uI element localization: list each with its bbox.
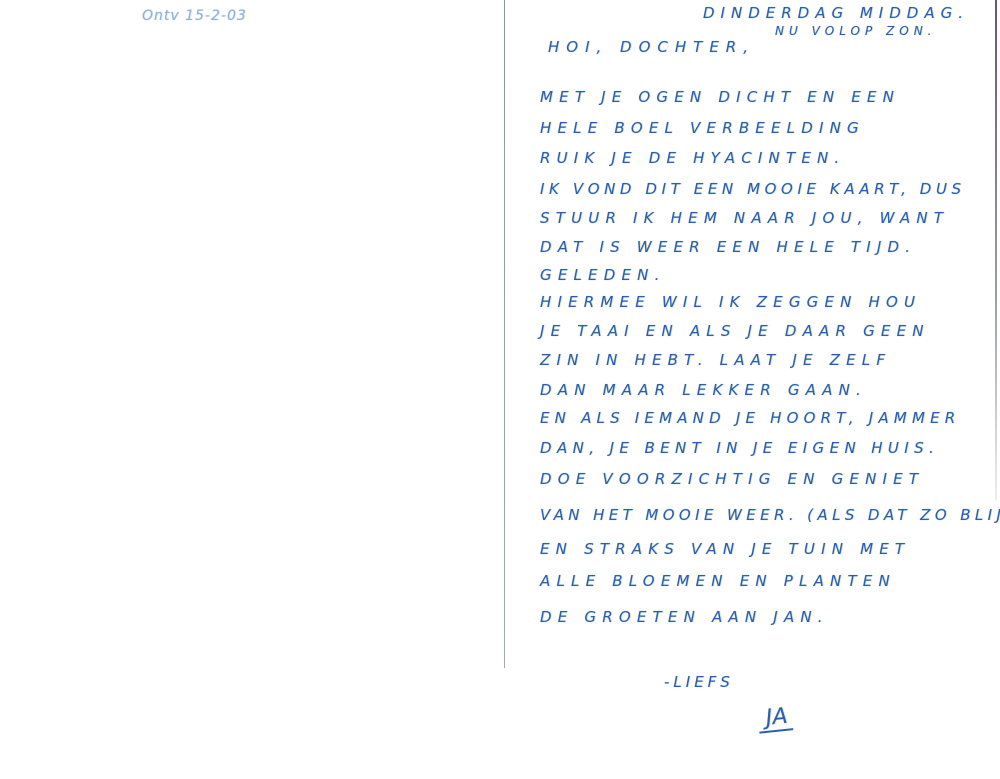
letter-line: DAN MAAR LEKKER GAAN.	[540, 381, 867, 399]
letter-line: DOE VOORZICHTIG EN GENIET	[540, 470, 924, 488]
letter-heading-day: DINDERDAG MIDDAG.	[703, 4, 969, 22]
letter-line: DAT IS WEER EEN HELE TIJD.	[540, 238, 916, 256]
received-date-note: Ontv 15-2-03	[142, 8, 247, 24]
letter-line: EN ALS IEMAND JE HOORT, JAMMER	[540, 409, 960, 427]
card-edge	[995, 0, 997, 500]
letter-line: ZIN IN HEBT. LAAT JE ZELF	[540, 351, 891, 369]
letter-line: MET JE OGEN DICHT EN EEN	[540, 88, 900, 106]
letter-line: GELEDEN.	[540, 266, 666, 284]
letter-line: DAN, JE BENT IN JE EIGEN HUIS.	[540, 439, 939, 457]
letter-line: RUIK JE DE HYACINTEN.	[540, 149, 845, 167]
letter-line: IK VOND DIT EEN MOOIE KAART, DUS	[540, 180, 966, 198]
center-fold-line	[504, 0, 505, 668]
letter-line: HELE BOEL VERBEELDING	[540, 119, 865, 137]
letter-line: DE GROETEN AAN JAN.	[540, 608, 829, 626]
letter-heading-time: NU VOLOP ZON.	[775, 24, 937, 38]
letter-line: EN STRAKS VAN JE TUIN MET	[540, 540, 910, 558]
letter-line: STUUR IK HEM NAAR JOU, WANT	[540, 209, 949, 227]
letter-line: VAN HET MOOIE WEER. (ALS DAT ZO BLIJFT	[540, 506, 1000, 524]
letter-greeting: HOI, DOCHTER,	[548, 38, 755, 56]
letter-closing: -LIEFS	[664, 673, 734, 691]
scanned-card: Ontv 15-2-03 DINDERDAG MIDDAG. NU VOLOP …	[0, 0, 1000, 779]
letter-line: ALLE BLOEMEN EN PLANTEN	[540, 572, 896, 590]
letter-line: JE TAAI EN ALS JE DAAR GEEN	[540, 322, 930, 340]
signature: JA	[757, 703, 793, 733]
letter-line: HIERMEE WIL IK ZEGGEN HOU	[540, 293, 921, 311]
